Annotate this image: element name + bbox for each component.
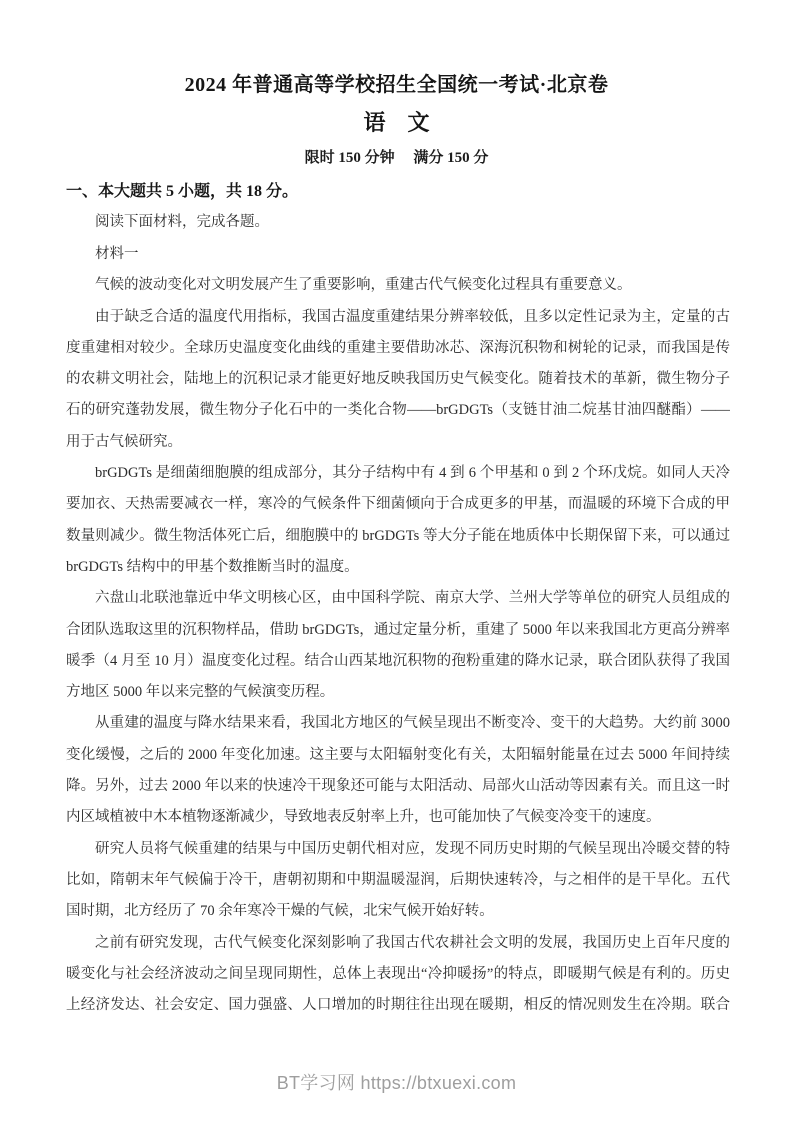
time-and-score-info: 限时 150 分钟 满分 150 分	[0, 148, 793, 168]
text-line: 暖季（4 月至 10 月）温度变化过程。结合山西某地沉积物的孢粉重建的降水记录，…	[66, 646, 730, 677]
text-line: 数量则减少。微生物活体死亡后，细胞膜中的 brGDGTs 等大分子能在地质体中长…	[66, 521, 730, 552]
text-line: 的农耕文明社会，陆地上的沉积记录才能更好地反映我国历史气候变化。随着技术的革新，…	[66, 364, 730, 395]
text-line: 石的研究蓬勃发展，微生物分子化石中的一类化合物——brGDGTs（支链甘油二烷基…	[66, 395, 730, 426]
text-line: 内区域植被中木本植物逐渐减少，导致地表反射率上升，也可能加快了气候变冷变干的速度…	[66, 802, 730, 833]
text-line: 降。另外，过去 2000 年以来的快速冷干现象还可能与太阳活动、局部火山活动等因…	[66, 771, 730, 802]
paragraph: 研究人员将气候重建的结果与中国历史朝代相对应，发现不同历史时期的气候呈现出冷暖交…	[66, 834, 730, 928]
text-line: 从重建的温度与降水结果来看，我国北方地区的气候呈现出不断变冷、变干的大趋势。大约…	[66, 708, 730, 739]
text-line: 用于古气候研究。	[66, 427, 730, 458]
text-line: 度重建相对较少。全球历史温度变化曲线的重建主要借助冰芯、深海沉积物和树轮的记录，…	[66, 333, 730, 364]
text-line: 研究人员将气候重建的结果与中国历史朝代相对应，发现不同历史时期的气候呈现出冷暖交…	[66, 834, 730, 865]
text-line: 比如，隋朝末年气候偏于冷干，唐朝初期和中期温暖湿润，后期快速转冷，与之相伴的是干…	[66, 865, 730, 896]
text-line: brGDGTs 是细菌细胞膜的组成部分，其分子结构中有 4 到 6 个甲基和 0…	[66, 458, 730, 489]
section-one-heading: 一、本大题共 5 小题，共 18 分。	[66, 182, 730, 202]
paragraph: 六盘山北联池靠近中华文明核心区，由中国科学院、南京大学、兰州大学等单位的研究人员…	[66, 583, 730, 708]
paragraph: 由于缺乏合适的温度代用指标，我国古温度重建结果分辨率较低，且多以定性记录为主，定…	[66, 302, 730, 458]
text-line: 由于缺乏合适的温度代用指标，我国古温度重建结果分辨率较低，且多以定性记录为主，定…	[66, 302, 730, 333]
text-line: 之前有研究发现，古代气候变化深刻影响了我国古代农耕社会文明的发展，我国历史上百年…	[66, 928, 730, 959]
text-line: brGDGTs 结构中的甲基个数推断当时的温度。	[66, 552, 730, 583]
text-line: 材料一	[66, 239, 730, 270]
text-line: 国时期，北方经历了 70 余年寒冷干燥的气候，北宋气候开始好转。	[66, 896, 730, 927]
reading-prompt: 阅读下面材料，完成各题。	[66, 212, 730, 232]
text-line: 方地区 5000 年以来完整的气候演变历程。	[66, 677, 730, 708]
text-line: 上经济发达、社会安定、国力强盛、人口增加的时期往往出现在暖期，相反的情况则发生在…	[66, 990, 730, 1021]
text-line: 要加衣、天热需要减衣一样，寒冷的气候条件下细菌倾向于合成更多的甲基，而温暖的环境…	[66, 489, 730, 520]
paragraph: 从重建的温度与降水结果来看，我国北方地区的气候呈现出不断变冷、变干的大趋势。大约…	[66, 708, 730, 833]
exam-title: 2024 年普通高等学校招生全国统一考试·北京卷	[0, 0, 793, 98]
site-watermark: BT学习网 https://btxuexi.com	[0, 1072, 793, 1094]
text-line: 合团队选取这里的沉积物样品，借助 brGDGTs，通过定量分析，重建了 5000…	[66, 615, 730, 646]
paragraph: 气候的波动变化对文明发展产生了重要影响，重建古代气候变化过程具有重要意义。	[66, 270, 730, 301]
text-line: 气候的波动变化对文明发展产生了重要影响，重建古代气候变化过程具有重要意义。	[66, 270, 730, 301]
paragraph: brGDGTs 是细菌细胞膜的组成部分，其分子结构中有 4 到 6 个甲基和 0…	[66, 458, 730, 583]
text-line: 暖变化与社会经济波动之间呈现同期性，总体上表现出“冷抑暖扬”的特点，即暖期气候是…	[66, 959, 730, 990]
text-line: 六盘山北联池靠近中华文明核心区，由中国科学院、南京大学、兰州大学等单位的研究人员…	[66, 583, 730, 614]
paragraph: 材料一	[66, 239, 730, 270]
exam-paper-page: 2024 年普通高等学校招生全国统一考试·北京卷 语 文 限时 150 分钟 满…	[0, 0, 793, 1122]
material-one-text: 材料一气候的波动变化对文明发展产生了重要影响，重建古代气候变化过程具有重要意义。…	[66, 239, 730, 1021]
text-line: 变化缓慢，之后的 2000 年变化加速。这主要与太阳辐射变化有关，太阳辐射能量在…	[66, 740, 730, 771]
subject-title: 语 文	[0, 111, 793, 135]
paragraph: 之前有研究发现，古代气候变化深刻影响了我国古代农耕社会文明的发展，我国历史上百年…	[66, 928, 730, 1022]
